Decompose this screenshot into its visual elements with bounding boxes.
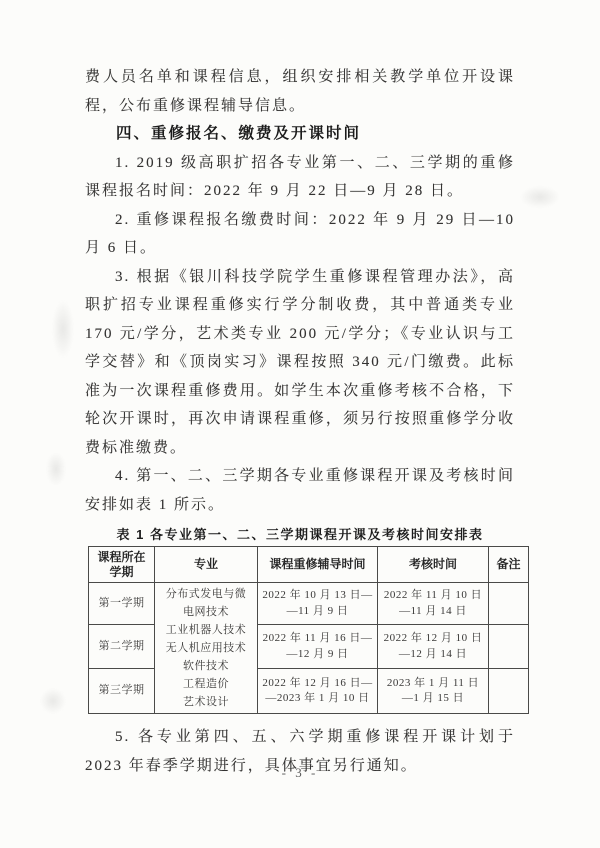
paragraph-3: 3. 根据《银川科技学院学生重修课程管理办法》，高职扩招专业课程重修实行学分制收… — [85, 263, 515, 463]
major-item: 艺术设计 — [162, 693, 250, 711]
exam-time-cell: 2022 年 11 月 10 日 —11 月 14 日 — [378, 583, 489, 625]
tutoring-time-cell: 2022 年 10 月 13 日— —11 月 9 日 — [258, 583, 378, 625]
paragraph-2: 2. 重修课程报名缴费时间：2022 年 9 月 29 日—10 月 6 日。 — [85, 206, 515, 263]
tutoring-time-cell: 2022 年 12 月 16 日— —2023 年 1 月 10 日 — [258, 669, 378, 714]
major-item: 无人机应用技术 — [162, 639, 250, 657]
header-major: 专业 — [155, 547, 258, 583]
semester-cell: 第二学期 — [89, 625, 155, 669]
note-cell — [489, 669, 529, 714]
exam-time-cell: 2023 年 1 月 11 日 —1 月 15 日 — [378, 669, 489, 714]
continuation-paragraph: 费人员名单和课程信息，组织安排相关教学单位开设课程，公布重修课程辅导信息。 — [85, 63, 515, 120]
page-number: - 3 - — [0, 765, 600, 781]
scan-artifact — [46, 452, 66, 486]
document-content: 费人员名单和课程信息，组织安排相关教学单位开设课程，公布重修课程辅导信息。 四、… — [85, 0, 515, 780]
header-tutoring-time: 课程重修辅导时间 — [258, 547, 378, 583]
scan-artifact — [52, 300, 74, 358]
table-row: 第一学期 分布式发电与微电网技术 工业机器人技术 无人机应用技术 软件技术 工程… — [89, 583, 529, 625]
note-cell — [489, 583, 529, 625]
major-item: 工程造价 — [162, 675, 250, 693]
major-item: 工业机器人技术 — [162, 621, 250, 639]
note-cell — [489, 625, 529, 669]
header-semester: 课程所在 学期 — [89, 547, 155, 583]
schedule-table: 课程所在 学期 专业 课程重修辅导时间 考核时间 备注 第一学期 分布式发电与微… — [88, 546, 529, 714]
majors-cell: 分布式发电与微电网技术 工业机器人技术 无人机应用技术 软件技术 工程造价 艺术… — [155, 583, 258, 714]
exam-time-cell: 2022 年 12 月 10 日 —12 月 14 日 — [378, 625, 489, 669]
table-header-row: 课程所在 学期 专业 课程重修辅导时间 考核时间 备注 — [89, 547, 529, 583]
semester-cell: 第三学期 — [89, 669, 155, 714]
scan-artifact — [520, 186, 560, 208]
major-item: 分布式发电与微电网技术 — [162, 585, 250, 621]
paragraph-4: 4. 第一、二、三学期各专业重修课程开课及考核时间安排如表 1 所示。 — [85, 462, 515, 519]
document-page: 费人员名单和课程信息，组织安排相关教学单位开设课程，公布重修课程辅导信息。 四、… — [0, 0, 600, 848]
paragraph-1: 1. 2019 级高职扩招各专业第一、二、三学期的重修课程报名时间：2022 年… — [85, 149, 515, 206]
table-caption: 表 1 各专业第一、二、三学期课程开课及考核时间安排表 — [85, 524, 515, 543]
header-note: 备注 — [489, 547, 529, 583]
section-heading: 四、重修报名、缴费及开课时间 — [85, 120, 515, 149]
tutoring-time-cell: 2022 年 11 月 16 日— —12 月 9 日 — [258, 625, 378, 669]
scan-artifact — [40, 688, 66, 714]
header-exam-time: 考核时间 — [378, 547, 489, 583]
semester-cell: 第一学期 — [89, 583, 155, 625]
major-item: 软件技术 — [162, 657, 250, 675]
